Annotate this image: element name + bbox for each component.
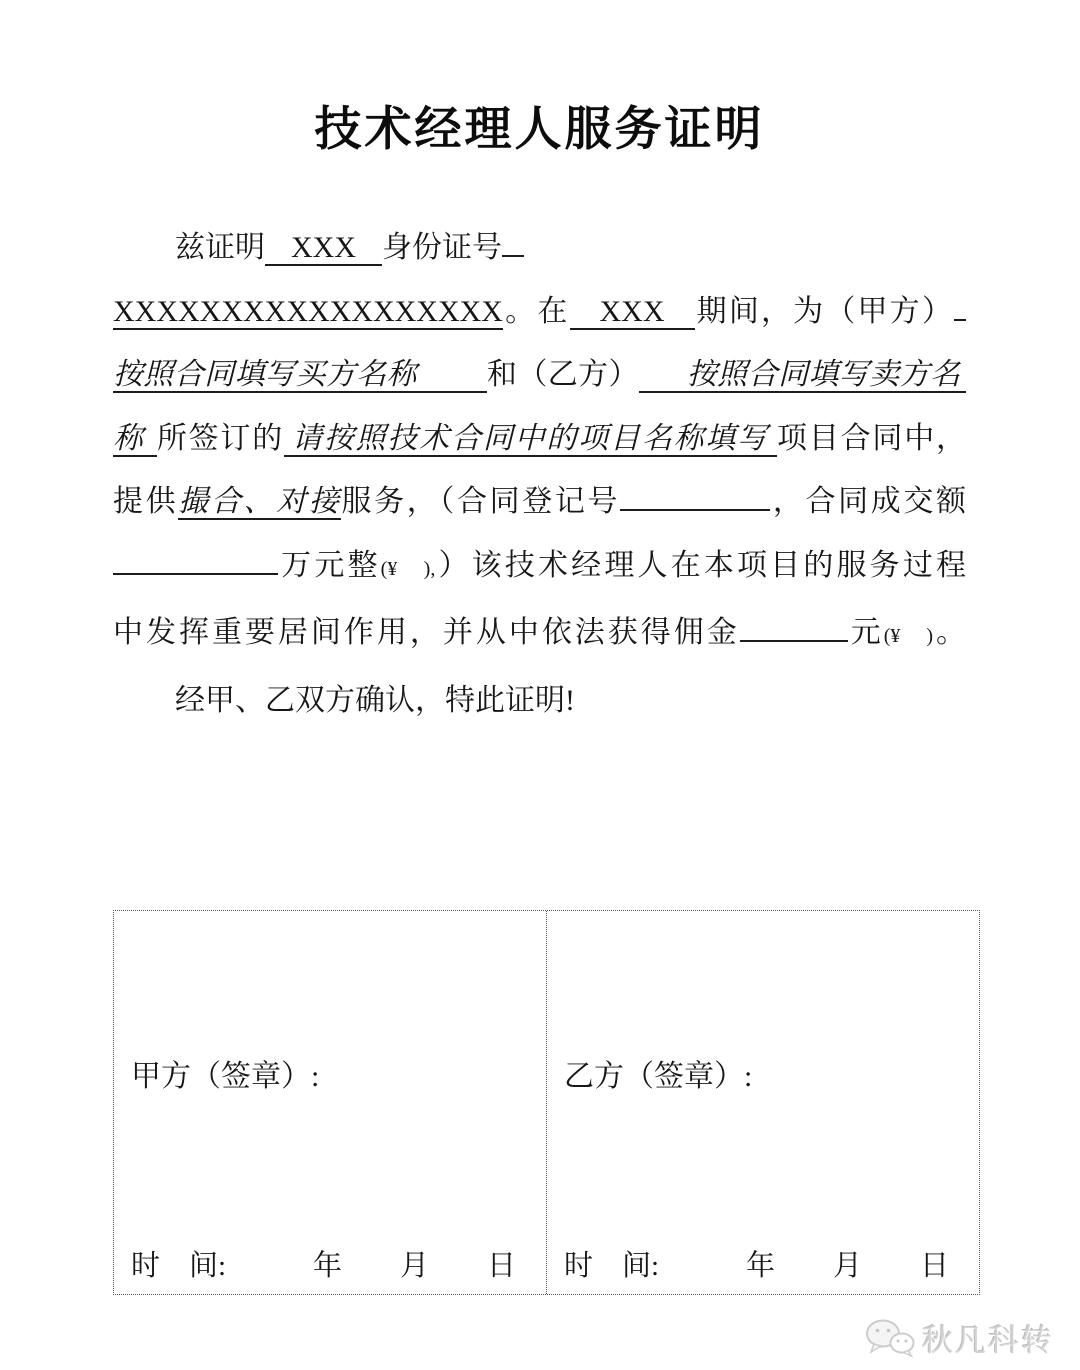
line5-post: ，合同成交额 <box>770 485 966 518</box>
party-b-date-line: 时 间: 年 月 日 <box>564 1243 949 1284</box>
line1-prefix: 兹证明 <box>175 231 265 264</box>
line7-unit: 元 <box>848 616 884 649</box>
service-type-placeholder: 撮合、对接 <box>178 485 341 520</box>
party-a-sign-label: 甲方（签章）: <box>131 1051 319 1095</box>
paragraph-line-3: 按照合同填写买方名称和（乙方）按照合同填写卖方名 <box>113 343 966 407</box>
confirmation-statement: 经甲、乙双方确认，特此证明! <box>175 684 575 717</box>
paragraph-line-6: 万元整(¥ ),）该技术经理人在本项目的服务过程 <box>113 534 966 602</box>
paragraph-line-2: XXXXXXXXXXXXXXXXXX。在XXX期间，为（甲方） <box>113 280 966 344</box>
line5-prefix: 提供 <box>113 485 178 518</box>
line5-mid: 服务，（合同登记号 <box>341 485 620 518</box>
line4-mid: 所签订的 <box>157 422 284 455</box>
certificate-document: 技术经理人服务证明 兹证明XXX身份证号 XXXXXXXXXXXXXXXXXX。… <box>0 0 1080 1370</box>
line7-period: 。 <box>933 616 966 649</box>
certificate-paragraph: 兹证明XXX身份证号 XXXXXXXXXXXXXXXXXX。在XXX期间，为（甲… <box>113 216 966 732</box>
blank-id-start <box>502 224 524 257</box>
buyer-name-placeholder: 按照合同填写买方名称 <box>113 358 487 393</box>
line6-currency-note: (¥ ), <box>381 558 436 580</box>
line4-post: 项目合同中， <box>777 422 966 455</box>
party-b-signature-cell: 乙方（签章）: 时 间: 年 月 日 <box>547 911 979 1294</box>
line3-mid: 和（乙方） <box>487 358 639 391</box>
blank-commission-amount <box>740 609 848 642</box>
line2-mid: 。在 <box>503 295 570 328</box>
blank-contract-number <box>620 478 770 511</box>
party-a-date-line: 时 间: 年 月 日 <box>131 1243 516 1284</box>
line6-unit: 万元整 <box>278 549 381 582</box>
project-name-placeholder: 请按照技术合同中的项目名称填写 <box>284 422 777 457</box>
wechat-icon <box>864 1318 916 1358</box>
paragraph-line-5: 提供撮合、对接服务，（合同登记号，合同成交额 <box>113 470 966 534</box>
line7-currency-note: (¥ ) <box>884 625 933 647</box>
blank-contract-amount <box>113 542 278 575</box>
watermark: 秋凡科转 <box>864 1315 1054 1360</box>
line2-post: 期间，为（甲方） <box>695 295 955 328</box>
line6-post: ）该技术经理人在本项目的服务过程 <box>435 549 966 582</box>
party-a-signature-cell: 甲方（签章）: 时 间: 年 月 日 <box>114 911 547 1294</box>
document-body: 技术经理人服务证明 兹证明XXX身份证号 XXXXXXXXXXXXXXXXXX。… <box>113 0 966 732</box>
id-number-placeholder: XXXXXXXXXXXXXXXXXX <box>113 295 503 330</box>
paragraph-line-7: 中发挥重要居间作用，并从中依法获得佣金元(¥ )。 <box>113 601 966 669</box>
document-title: 技术经理人服务证明 <box>113 100 966 160</box>
party-b-sign-label: 乙方（签章）: <box>564 1051 752 1095</box>
watermark-text: 秋凡科转 <box>922 1315 1054 1360</box>
paragraph-line-8: 经甲、乙双方确认，特此证明! <box>113 669 966 733</box>
line7-prefix: 中发挥重要居间作用，并从中依法获得佣金 <box>113 616 740 649</box>
paragraph-line-1: 兹证明XXX身份证号 <box>113 216 966 280</box>
seller-name-placeholder-cont: 称 <box>113 422 157 457</box>
signature-table: 甲方（签章）: 时 间: 年 月 日 乙方（签章）: 时 间: 年 月 日 <box>113 910 980 1295</box>
line1-id-label: 身份证号 <box>382 231 502 264</box>
period-placeholder: XXX <box>570 295 695 330</box>
name-placeholder: XXX <box>265 231 382 266</box>
blank-party-a-start <box>954 288 966 321</box>
paragraph-line-4: 称所签订的请按照技术合同中的项目名称填写项目合同中， <box>113 407 966 471</box>
seller-name-placeholder: 按照合同填写卖方名 <box>639 358 966 393</box>
